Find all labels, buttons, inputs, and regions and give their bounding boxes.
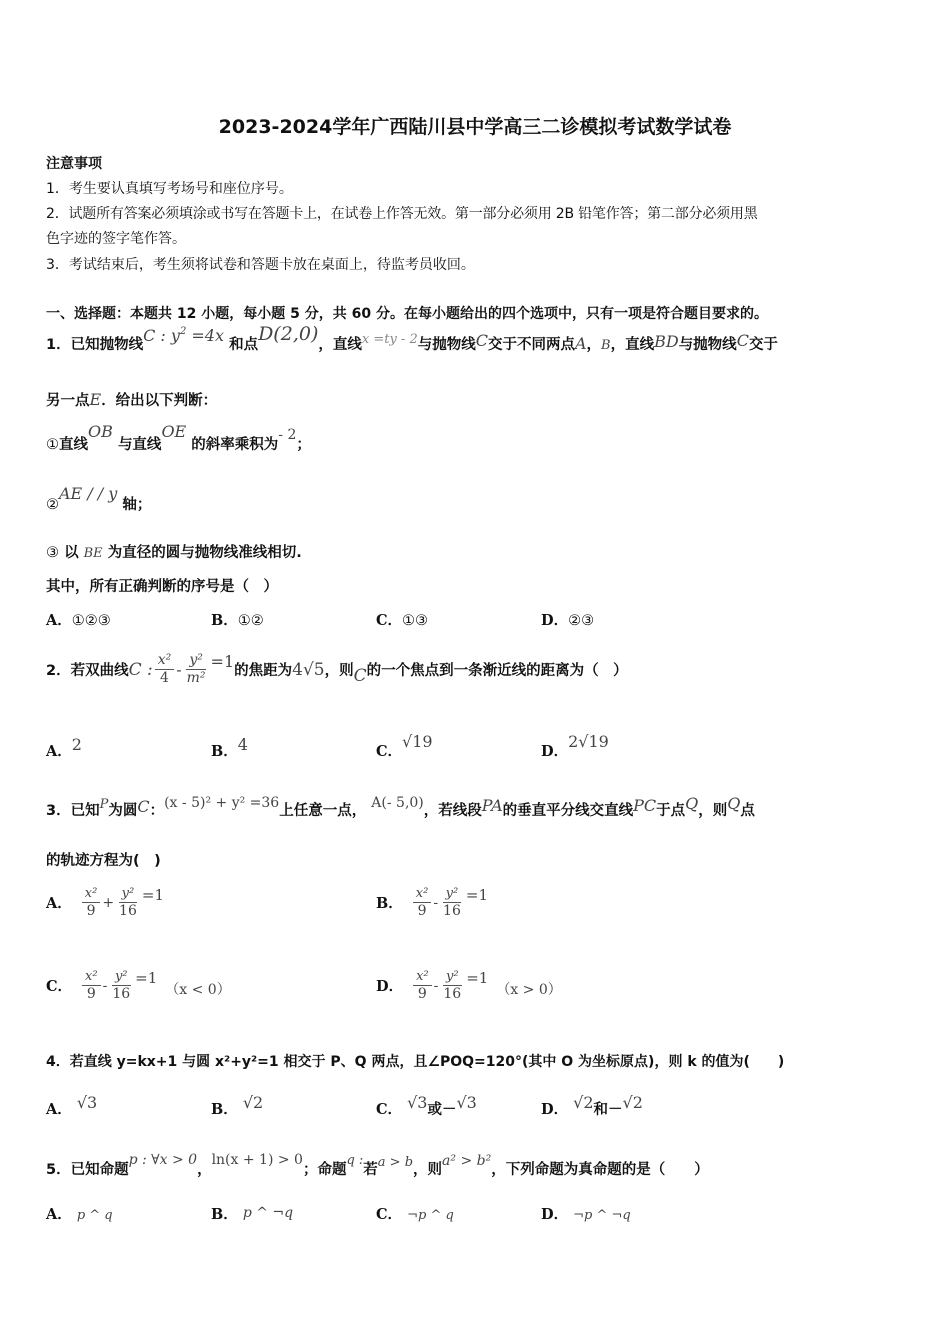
- q3-option-c[interactable]: C． x²9 - y²16 =1 （x < 0）: [46, 968, 231, 1003]
- q1-option-c[interactable]: C．①③: [376, 609, 428, 630]
- notice-item-2: 2．试题所有答案必须填涂或书写在答题卡上，在试卷上作答无效。第一部分必须用 2B…: [46, 203, 758, 223]
- question-3-line-1: 3．已知P为圆C：(x - 5)² + y² =36上任意一点， A(- 5,0…: [46, 799, 755, 820]
- q4-option-d[interactable]: D． √2和－√2: [541, 1092, 643, 1113]
- question-1-line-1: 1．已知抛物线C : y2 =4x 和点D(2,0)，直线x =ty - 2与抛…: [46, 332, 778, 354]
- q3-option-d[interactable]: D． x²9 - y²16 =1 （x > 0）: [376, 968, 562, 1003]
- q3-option-b[interactable]: B． x²9 - y²16 =1: [376, 885, 488, 920]
- q1-option-a[interactable]: A．①②③: [46, 609, 111, 630]
- q1-option-d[interactable]: D．②③: [541, 609, 594, 630]
- question-1-line-2: 另一点E．给出以下判断：: [46, 389, 217, 410]
- q2-option-a[interactable]: A．2: [46, 734, 82, 755]
- exam-title: 2023-2024学年广西陆川县中学高三二诊模拟考试数学试卷: [0, 112, 950, 139]
- question-4: 4．若直线 y=kx+1 与圆 x²+y²=1 相交于 P、Q 两点，且∠POQ…: [46, 1051, 784, 1071]
- q1-judgement-2: ②AE / / y 轴；: [46, 493, 151, 514]
- notice-item-2-cont: 色字迹的签字笔作答。: [46, 228, 186, 248]
- q5-option-d[interactable]: D． ¬p ^ ¬q: [541, 1203, 631, 1224]
- q1-text: 1．已知抛物线: [46, 337, 143, 353]
- q5-option-b[interactable]: B． p ^ ¬q: [211, 1203, 293, 1224]
- q1-prompt: 其中，所有正确判断的序号是（ ）: [46, 575, 278, 596]
- q5-option-c[interactable]: C． ¬p ^ q: [376, 1203, 454, 1224]
- notice-heading: 注意事项: [46, 153, 102, 173]
- question-3-line-2: 的轨迹方程为( ): [46, 849, 161, 870]
- exam-page: 2023-2024学年广西陆川县中学高三二诊模拟考试数学试卷 注意事项 1．考生…: [0, 0, 950, 1344]
- q2-option-b[interactable]: B．4: [211, 734, 248, 755]
- q4-option-a[interactable]: A． √3: [46, 1092, 97, 1113]
- notice-item-1: 1．考生要认真填写考场号和座位序号。: [46, 178, 293, 198]
- q4-option-b[interactable]: B． √2: [211, 1092, 263, 1113]
- notice-item-3: 3．考试结束后，考生须将试卷和答题卡放在桌面上，待监考员收回。: [46, 254, 475, 274]
- q2-option-d[interactable]: D．2√19: [541, 734, 609, 755]
- q1-judgement-1: ①直线OB 与直线OE 的斜率乘积为- 2；: [46, 433, 311, 454]
- q2-option-c[interactable]: C．√19: [376, 734, 433, 755]
- section-heading: 一、选择题：本题共 12 小题，每小题 5 分，共 60 分。在每小题给出的四个…: [46, 303, 768, 323]
- question-5: 5．已知命题p : ∀x > 0，ln(x + 1) > 0；命题q :若a >…: [46, 1158, 709, 1179]
- q1-judgement-3: ③ 以 BE 为直径的圆与抛物线准线相切.: [46, 541, 302, 562]
- q1-option-b[interactable]: B．①②: [211, 609, 264, 630]
- question-2: 2．若双曲线 C : x²4 - y²m² =1 的焦距为 4√5 ，则 C 的…: [46, 652, 628, 687]
- q4-option-c[interactable]: C． √3或－√3: [376, 1092, 477, 1113]
- q1-math-parabola: C : y2 =4x: [143, 326, 224, 345]
- q3-option-a[interactable]: A． x²9 + y²16 =1: [46, 885, 164, 920]
- q1-math-line: x =ty - 2: [362, 332, 418, 347]
- q1-math-point-d: D(2,0): [258, 323, 318, 345]
- q5-option-a[interactable]: A． p ^ q: [46, 1203, 113, 1224]
